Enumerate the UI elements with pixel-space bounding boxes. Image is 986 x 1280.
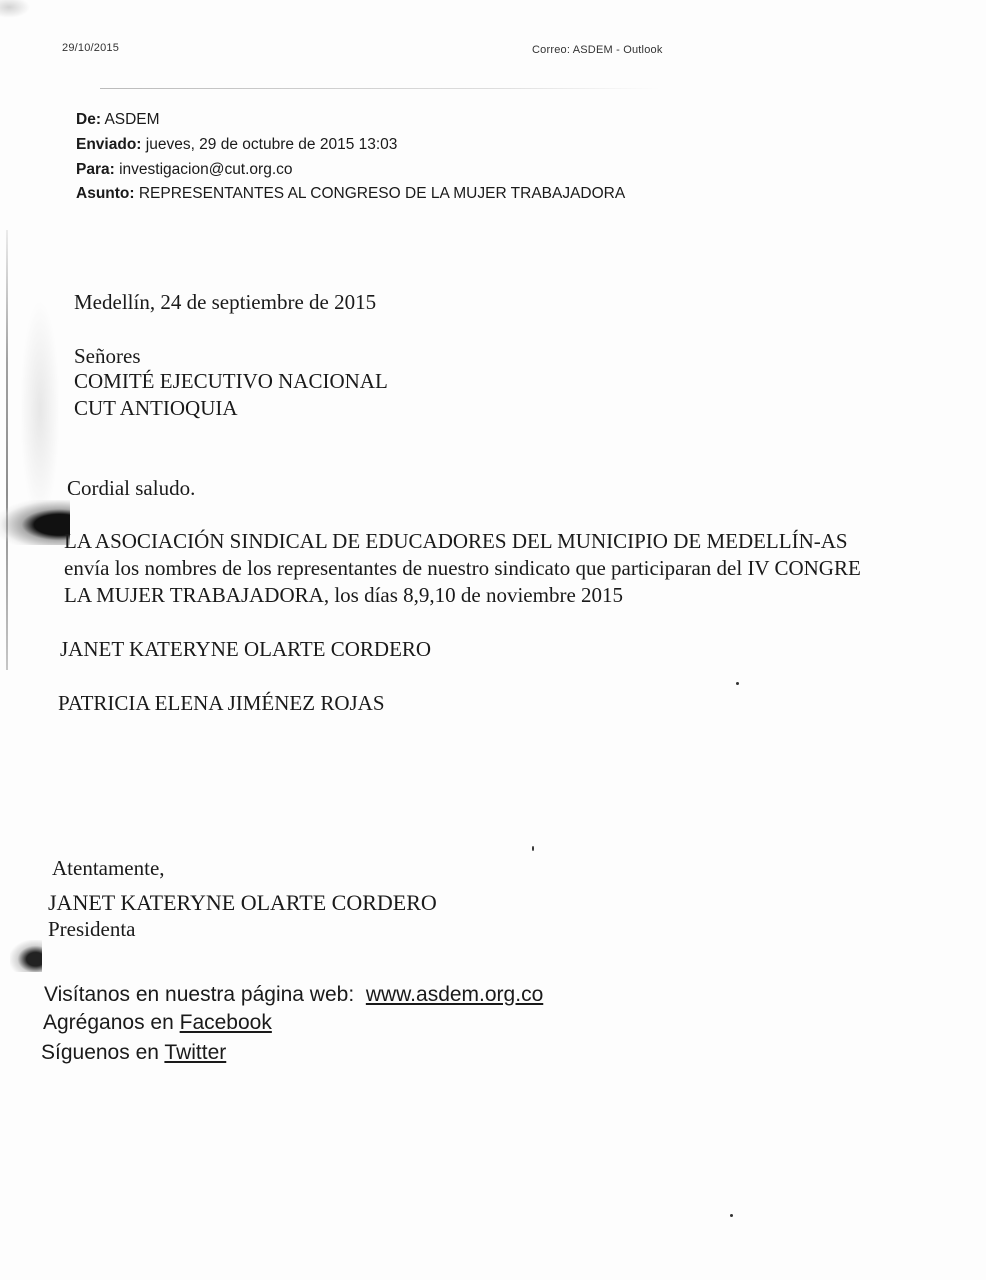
web-link[interactable]: www.asdem.org.co <box>366 983 543 1006</box>
print-date: 29/10/2015 <box>62 42 119 54</box>
facebook-link[interactable]: Facebook <box>180 1011 272 1034</box>
scan-speck <box>736 682 739 685</box>
scan-corner-mark <box>0 0 30 18</box>
greeting: Cordial saludo. <box>67 476 195 501</box>
subject-label: Asunto: <box>76 185 135 202</box>
to-value: investigacion@cut.org.co <box>119 161 292 178</box>
twitter-text: Síguenos en <box>41 1041 159 1064</box>
print-title: Correo: ASDEM - Outlook <box>532 44 663 56</box>
sent-label: Enviado: <box>76 136 141 153</box>
subject-value: REPRESENTANTES AL CONGRESO DE LA MUJER T… <box>139 185 625 202</box>
email-sent: Enviado: jueves, 29 de octubre de 2015 1… <box>76 133 397 157</box>
twitter-link[interactable]: Twitter <box>164 1041 226 1064</box>
representative-1: JANET KATERYNE OLARTE CORDERO <box>60 637 431 662</box>
scan-edge-shadow <box>6 230 8 670</box>
closing: Atentamente, <box>52 856 165 881</box>
signer-title: Presidenta <box>48 917 135 942</box>
scan-speck <box>532 846 534 851</box>
paragraph-line-2: envía los nombres de los representantes … <box>64 556 861 581</box>
paragraph-line-1: LA ASOCIACIÓN SINDICAL DE EDUCADORES DEL… <box>64 529 848 554</box>
footer-facebook: Agréganos en Facebook <box>43 1011 272 1035</box>
footer-twitter: Síguenos en Twitter <box>41 1041 226 1065</box>
recipient-salutation: Señores <box>74 344 141 369</box>
punch-hole-mark <box>0 500 70 545</box>
representative-2: PATRICIA ELENA JIMÉNEZ ROJAS <box>58 691 385 716</box>
header-divider <box>100 88 660 89</box>
facebook-text: Agréganos en <box>43 1011 174 1034</box>
signer-name: JANET KATERYNE OLARTE CORDERO <box>48 890 437 916</box>
email-from: De: ASDEM <box>76 108 160 132</box>
scan-smudge <box>20 300 60 520</box>
from-label: De: <box>76 111 101 128</box>
sent-value: jueves, 29 de octubre de 2015 13:03 <box>146 136 398 153</box>
email-to: Para: investigacion@cut.org.co <box>76 158 293 182</box>
scan-speck <box>730 1214 733 1217</box>
web-text: Visítanos en nuestra página web: <box>44 983 354 1006</box>
to-label: Para: <box>76 161 115 178</box>
place-date: Medellín, 24 de septiembre de 2015 <box>74 290 376 315</box>
recipient-line-1: COMITÉ EJECUTIVO NACIONAL <box>74 369 388 394</box>
footer-web: Visítanos en nuestra página web: www.asd… <box>44 983 543 1007</box>
recipient-line-2: CUT ANTIOQUIA <box>74 396 238 421</box>
paragraph-line-3: LA MUJER TRABAJADORA, los días 8,9,10 de… <box>64 583 623 608</box>
punch-hole-mark <box>10 940 42 972</box>
email-subject: Asunto: REPRESENTANTES AL CONGRESO DE LA… <box>76 182 625 206</box>
from-value: ASDEM <box>104 111 159 128</box>
